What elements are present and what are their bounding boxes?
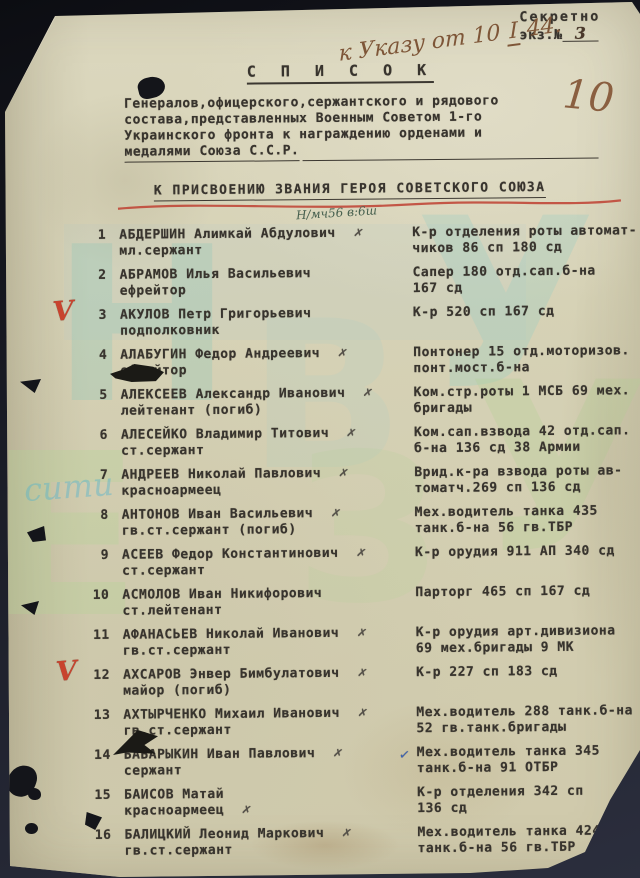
table-row: 14БАБАРЫКИН Иван Павлович✗сержант✓Мех.во…	[87, 743, 640, 779]
red-checkmark: V	[55, 663, 78, 680]
entry-rank: гв.ст.сержант	[125, 842, 233, 858]
entry-duty: К-р орудия арт.дивизиона 69 мех.бригады …	[416, 623, 616, 655]
entry-number: 12	[86, 668, 110, 684]
decree-month-numeral: I	[507, 18, 520, 47]
entry-duty: Мех.водитель 288 танк.б-на 52 гв.танк.бр…	[416, 703, 633, 735]
entry-rank-line: майор (погиб)	[123, 681, 403, 699]
entry-duty-column: К-р орудия арт.дивизиона 69 мех.бригады …	[416, 623, 616, 656]
pencil-checkmark-icon: ✗	[356, 665, 367, 682]
entry-rank-line: лейтенант (погиб)	[121, 401, 401, 419]
award-list: 1АБДЕРШИН Алимкай Абдулович✗мл.сержантК-…	[0, 223, 640, 869]
entry-duty-column: Ком.сап.взвода 42 отд.сап. б-на 136 сд 3…	[414, 423, 631, 456]
pencil-checkmark-icon: ✗	[362, 385, 373, 402]
entry-rank: гв.ст.сержант	[123, 642, 231, 658]
entry-name-column: АСМОЛОВ Иван Никифоровичст.лейтенант	[122, 585, 402, 618]
entry-number: 14	[87, 748, 111, 764]
entry-number: 13	[86, 708, 110, 724]
pencil-checkmark-icon: ✗	[356, 705, 367, 722]
entry-number: 10	[85, 588, 109, 604]
paper-sheet: Н У В У Е З сити Секретно экз.№3 к Указу…	[0, 0, 640, 878]
entry-name: БАИСОВ Матай	[124, 787, 224, 803]
entry-rank-line: гв.ст.сержант	[125, 841, 405, 859]
entry-duty-column: Понтонер 15 отд.моторизов. понт.мост.б-н…	[413, 343, 630, 376]
entry-name: БАЛИЦКИЙ Леонид Маркович	[124, 826, 324, 843]
entry-name: АФАНАСЬЕВ Николай Иванович	[123, 626, 340, 643]
red-checkmark: V	[52, 303, 75, 320]
entry-duty-column: К-р 520 сп 167 сд	[413, 304, 555, 321]
entry-rank-line: ст.сержант	[121, 441, 401, 459]
entry-name-column: АНДРЕЕВ Николай Павлович✗красноармеец	[121, 465, 401, 498]
entry-name: АСМОЛОВ Иван Никифорович	[122, 586, 322, 603]
table-row: 6АЛЕСЕЙКО Владимир Титович✗ст.сержантКом…	[84, 423, 640, 459]
entry-name-line: АХТЫРЧЕНКО Михаил Иванович✗	[123, 705, 403, 723]
entry-duty: К-р отделения 342 сп 136 сд	[417, 784, 584, 816]
entry-name: АКУЛОВ Петр Григорьевич	[120, 306, 312, 323]
entry-rank: ефрейтор	[120, 283, 187, 299]
entry-name: АЛЕСЕЙКО Владимир Титович	[121, 426, 329, 443]
entry-duty: Мех.водитель танка 424 танк.б-на 56 гв.Т…	[417, 824, 600, 856]
entry-duty: Понтонер 15 отд.моторизов. понт.мост.б-н…	[413, 343, 630, 375]
entry-duty: Сапер 180 отд.сап.б-на 167 сд	[412, 264, 595, 296]
entry-rank: подполковник	[120, 322, 220, 338]
entry-rank-line: сержант	[124, 761, 404, 779]
entry-number: 11	[86, 628, 110, 644]
entry-name-column: АЛЕКСЕЕВ Александр Иванович✗лейтенант (п…	[121, 385, 401, 418]
entry-name: АСЕЕВ Федор Константинович	[122, 546, 339, 563]
entry-duty-column: Мех.водитель 288 танк.б-на 52 гв.танк.бр…	[416, 703, 633, 736]
intro-underline-tail	[302, 144, 598, 162]
entry-rank-line: ст.сержант	[122, 561, 402, 579]
entry-name: АХСАРОВ Энвер Бимбулатович	[123, 666, 340, 683]
entry-rank-line: гв.ст.сержант	[123, 721, 403, 739]
table-row: 13АХТЫРЧЕНКО Михаил Иванович✗гв.ст.сержа…	[86, 703, 640, 739]
entry-rank-line: ефрейтор	[120, 281, 400, 299]
entry-name-column: АКУЛОВ Петр Григорьевичподполковник	[120, 305, 400, 338]
entry-number: 1	[82, 228, 106, 244]
table-row: 5АЛЕКСЕЕВ Александр Иванович✗лейтенант (…	[84, 383, 640, 419]
entry-duty-column: К-р орудия 911 АП 340 сд	[415, 543, 615, 560]
entry-number: 6	[84, 428, 108, 444]
entry-name-column: БАЛИЦКИЙ Леонид Маркович✗гв.ст.сержант	[124, 825, 404, 858]
table-row: 4АЛАБУГИН Федор Андреевич✗ефрейторПонтон…	[83, 343, 639, 379]
entry-duty-column: ✓Мех.водитель танка 345 танк.б-на 91 ОТБ…	[417, 744, 600, 777]
pencil-checkmark-icon: ✗	[355, 545, 366, 562]
pencil-checkmark-icon: ✗	[332, 745, 343, 762]
table-row: 16БАЛИЦКИЙ Леонид Маркович✗гв.ст.сержант…	[87, 823, 640, 859]
entry-rank: ст.сержант	[121, 443, 204, 459]
entry-rank: мл.сержант	[119, 243, 202, 259]
pencil-checkmark-icon: ✗	[352, 225, 363, 242]
pencil-checkmark-icon: ✗	[241, 801, 252, 818]
table-row: V12АХСАРОВ Энвер Бимбулатович✗майор (пог…	[86, 663, 640, 699]
entry-duty-column: Врид.к-ра взвода роты ав- томатч.269 сп …	[414, 463, 622, 496]
entry-duty-column: К-р 227 сп 183 сд	[416, 664, 558, 681]
entry-number: 16	[87, 828, 111, 844]
entry-name-line: АБДЕРШИН Алимкай Абдулович✗	[119, 225, 399, 243]
table-row: 15БАИСОВ Матайкрасноармеец✗К-р отделения…	[87, 783, 640, 819]
entry-duty-column: Сапер 180 отд.сап.б-на 167 сд	[412, 264, 595, 297]
entry-name-column: АНТОНОВ Иван Васильевич✗гв.ст.сержант (п…	[122, 505, 402, 538]
pencil-checkmark-icon: ✗	[337, 345, 348, 362]
entry-rank: лейтенант (погиб)	[121, 402, 263, 418]
entry-name-line: АХСАРОВ Энвер Бимбулатович✗	[123, 665, 403, 683]
entry-name-column: АБДЕРШИН Алимкай Абдулович✗мл.сержант	[119, 225, 399, 258]
entry-duty: Ком.сап.взвода 42 отд.сап. б-на 136 сд 3…	[414, 423, 631, 455]
entry-name-column: АХСАРОВ Энвер Бимбулатович✗майор (погиб)	[123, 665, 403, 698]
entry-rank-line: ефрейтор	[120, 361, 400, 379]
entry-rank: гв.ст.сержант (погиб)	[122, 522, 297, 539]
entry-name: АХТЫРЧЕНКО Михаил Иванович	[123, 706, 340, 723]
entry-name: АБРАМОВ Илья Васильевич	[119, 266, 311, 283]
entry-number: 15	[87, 788, 111, 804]
entry-rank-line: подполковник	[120, 321, 400, 339]
entry-duty-column: К-р отделения 342 сп 136 сд	[417, 784, 584, 816]
entry-rank-line: мл.сержант	[119, 241, 399, 259]
entry-name: АЛЕКСЕЕВ Александр Иванович	[121, 386, 346, 403]
entry-name: АЛАБУГИН Федор Андреевич	[120, 346, 320, 363]
entry-rank-line: гв.ст.сержант (погиб)	[122, 521, 402, 539]
entry-name: АНДРЕЕВ Николай Павлович	[121, 466, 321, 483]
entry-number: 3	[83, 308, 107, 324]
entry-rank-line: красноармеец✗	[124, 801, 404, 819]
table-row: 1АБДЕРШИН Алимкай Абдулович✗мл.сержантК-…	[82, 223, 638, 259]
table-row: 9АСЕЕВ Федор Константинович✗ст.сержантК-…	[85, 543, 640, 579]
pencil-checkmark-icon: ✗	[330, 505, 341, 522]
entry-duty-column: Мех.водитель танка 435 танк.б-на 56 гв.Т…	[415, 504, 598, 537]
entry-name: АНТОНОВ Иван Васильевич	[122, 506, 314, 523]
entry-rank: ст.лейтенант	[122, 602, 222, 618]
table-row: 11АФАНАСЬЕВ Николай Иванович✗гв.ст.сержа…	[86, 623, 640, 659]
entry-duty: К-р орудия 911 АП 340 сд	[415, 543, 615, 560]
table-row: 7АНДРЕЕВ Николай Павлович✗красноармеецВр…	[84, 463, 640, 499]
entry-duty: Парторг 465 сп 167 сд	[415, 584, 590, 601]
scanned-document: Н У В У Е З сити Секретно экз.№3 к Указу…	[0, 0, 640, 878]
entry-name-line: АФАНАСЬЕВ Николай Иванович✗	[123, 625, 403, 643]
entry-rank: сержант	[124, 763, 182, 779]
entry-duty: Мех.водитель танка 345 танк.б-на 91 ОТБР	[417, 744, 600, 776]
entry-duty-column: Парторг 465 сп 167 сд	[415, 584, 590, 601]
pencil-checkmark-icon: ✗	[346, 425, 357, 442]
intro-last-line: медалями Союза С.С.Р.	[124, 141, 598, 163]
entry-rank-line: гв.ст.сержант	[123, 641, 403, 659]
table-row: 2АБРАМОВ Илья ВасильевичефрейторСапер 18…	[82, 263, 638, 299]
entry-rank-line: красноармеец	[121, 481, 401, 499]
table-row: 10АСМОЛОВ Иван Никифоровичст.лейтенантПа…	[85, 583, 640, 619]
entry-number: 8	[85, 508, 109, 524]
entry-duty-column: Мех.водитель танка 424 танк.б-на 56 гв.Т…	[417, 824, 600, 857]
blue-checkmark: ✓	[399, 747, 410, 764]
punch-hole	[25, 823, 38, 834]
intro-paragraph: Генералов,офицерского,сержантского и ряд…	[124, 93, 499, 144]
entry-name: БАБАРЫКИН Иван Павлович	[124, 746, 316, 763]
entry-duty-column: К-р отделения роты автомат- чиков 86 сп …	[412, 223, 637, 256]
table-row: 8АНТОНОВ Иван Васильевич✗гв.ст.сержант (…	[85, 503, 640, 539]
entry-rank: красноармеец	[121, 482, 221, 498]
table-row: V3АКУЛОВ Петр ГригорьевичподполковникК-р…	[83, 303, 639, 339]
entry-duty: Ком.стр.роты 1 МСБ 69 мех. бригады	[414, 383, 631, 415]
decree-year: 44.	[527, 12, 562, 42]
entry-duty: Врид.к-ра взвода роты ав- томатч.269 сп …	[414, 463, 622, 495]
entry-rank: майор (погиб)	[123, 682, 231, 698]
entry-rank: ст.сержант	[122, 563, 205, 579]
entry-name-column: БАБАРЫКИН Иван Павлович✗сержант	[124, 745, 404, 778]
pencil-checkmark-icon: ✗	[341, 825, 352, 842]
entry-number: 7	[84, 468, 108, 484]
entry-rank: красноармеец	[124, 802, 224, 818]
entry-number: 5	[84, 388, 108, 404]
entry-name-column: БАИСОВ Матайкрасноармеец✗	[124, 785, 404, 818]
pencil-checkmark-icon: ✗	[338, 465, 349, 482]
document-content: Секретно экз.№3 к Указу от 10 I 44. 10 С…	[0, 0, 640, 878]
entry-name-column: АХТЫРЧЕНКО Михаил Иванович✗гв.ст.сержант	[123, 705, 403, 738]
entry-name-line: АСЕЕВ Федор Константинович✗	[122, 545, 402, 563]
handwritten-page-number: 10	[561, 71, 616, 122]
entry-number: 9	[85, 548, 109, 564]
entry-duty: К-р 227 сп 183 сд	[416, 664, 558, 680]
entry-name-column: АБРАМОВ Илья Васильевичефрейтор	[119, 265, 399, 298]
pencil-checkmark-icon: ✗	[356, 625, 367, 642]
entry-number: 4	[83, 348, 107, 364]
document-title: С П И С О К	[247, 61, 435, 85]
entry-name-line: АЛЕКСЕЕВ Александр Иванович✗	[121, 385, 401, 403]
entry-name: АБДЕРШИН Алимкай Абдулович	[119, 226, 336, 243]
entry-duty-column: Ком.стр.роты 1 МСБ 69 мех. бригады	[414, 383, 631, 416]
punch-hole	[28, 788, 41, 800]
entry-name-column: АСЕЕВ Федор Константинович✗ст.сержант	[122, 545, 402, 578]
entry-duty: К-р отделения роты автомат- чиков 86 сп …	[412, 223, 637, 255]
entry-duty: Мех.водитель танка 435 танк.б-на 56 гв.Т…	[415, 504, 598, 536]
entry-duty: К-р 520 сп 167 сд	[413, 304, 555, 320]
entry-number: 2	[82, 268, 106, 284]
entry-name-column: АФАНАСЬЕВ Николай Иванович✗гв.ст.сержант	[123, 625, 403, 658]
intro-last-text: медалями Союза С.С.Р.	[124, 143, 299, 163]
entry-name-column: АЛЕСЕЙКО Владимир Титович✗ст.сержант	[121, 425, 401, 458]
entry-rank-line: ст.лейтенант	[122, 601, 402, 619]
decree-text: к Указу от 10	[338, 20, 500, 66]
